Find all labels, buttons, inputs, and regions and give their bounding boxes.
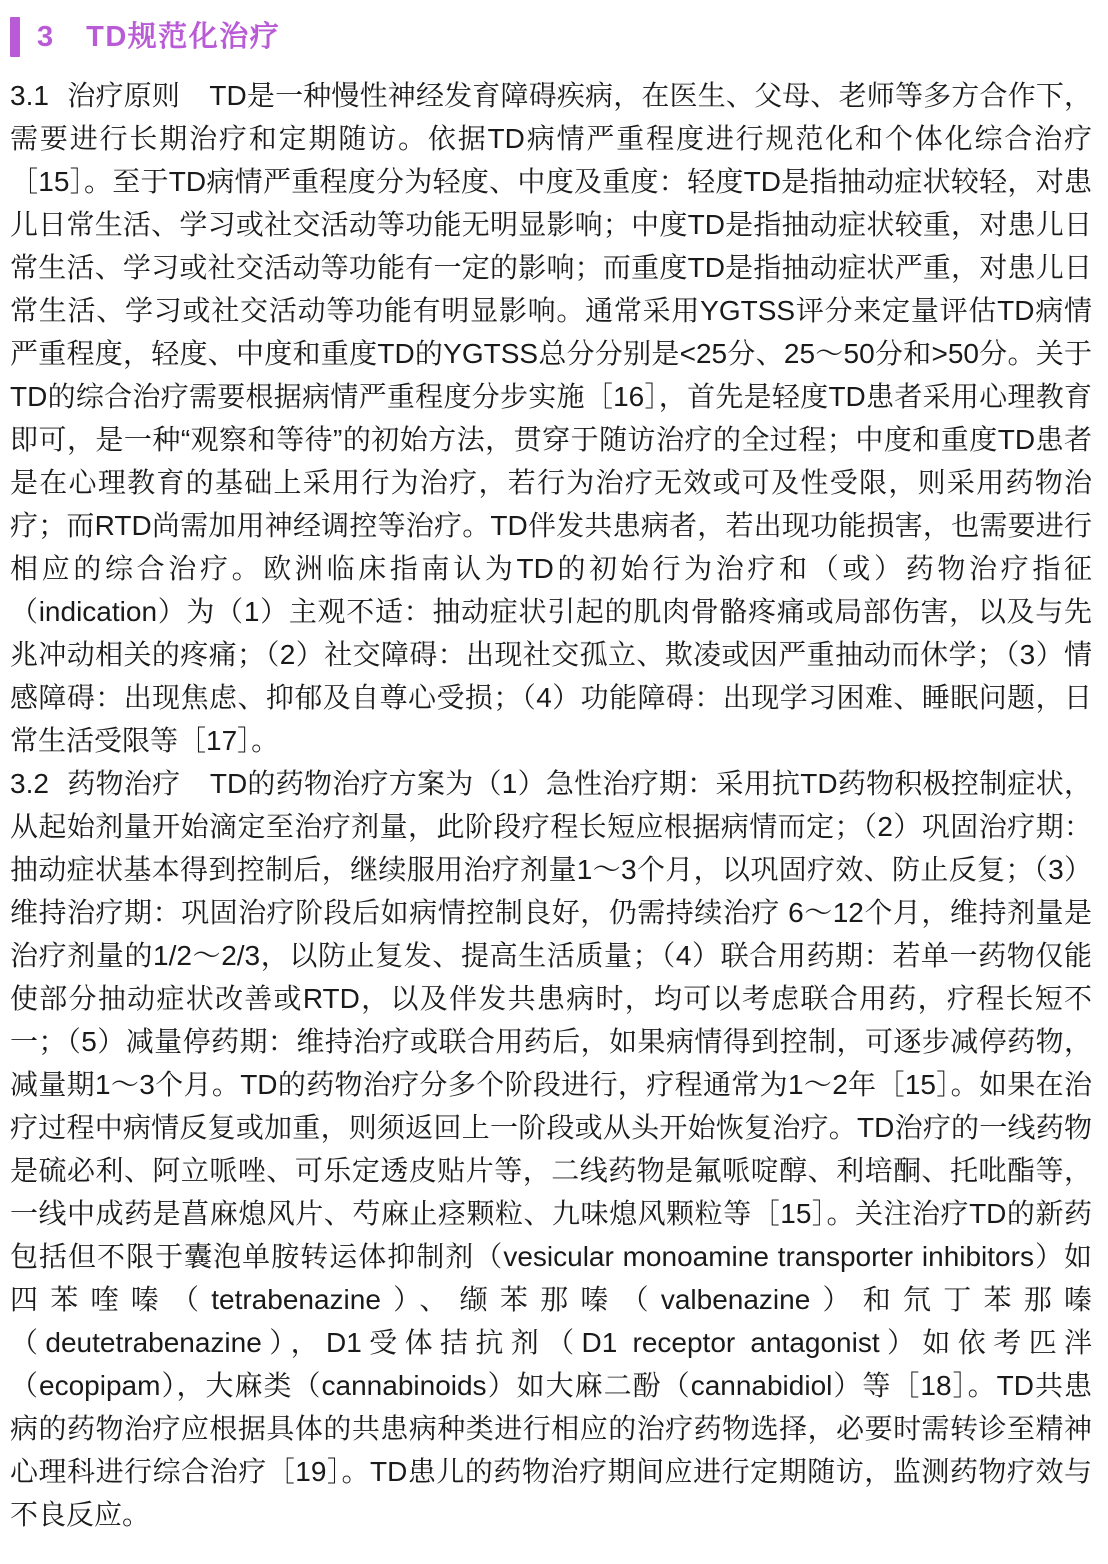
section-accent-bar-icon: [10, 17, 20, 57]
section-header: 3 TD规范化治疗: [10, 16, 1092, 58]
paragraph-treatment-principles: 3.1治疗原则TD是一种慢性神经发育障碍疾病，在医生、父母、老师等多方合作下，需…: [10, 74, 1092, 762]
section-body: 3.1治疗原则TD是一种慢性神经发育障碍疾病，在医生、父母、老师等多方合作下，需…: [10, 74, 1092, 1536]
paragraph-text: TD的药物治疗方案为（1）急性治疗期：采用抗TD药物积极控制症状，从起始剂量开始…: [10, 768, 1092, 1530]
paragraph-number: 3.1: [10, 80, 49, 111]
paragraph-subtitle: 药物治疗: [67, 768, 180, 799]
paragraph-number: 3.2: [10, 768, 49, 799]
paragraph-drug-treatment: 3.2药物治疗TD的药物治疗方案为（1）急性治疗期：采用抗TD药物积极控制症状，…: [10, 762, 1092, 1536]
document-page: 3 TD规范化治疗 3.1治疗原则TD是一种慢性神经发育障碍疾病，在医生、父母、…: [0, 0, 1108, 1564]
section-number: 3: [37, 23, 53, 52]
paragraph-text: TD是一种慢性神经发育障碍疾病，在医生、父母、老师等多方合作下，需要进行长期治疗…: [10, 80, 1092, 756]
section-title: TD规范化治疗: [86, 23, 280, 52]
paragraph-subtitle: 治疗原则: [67, 80, 180, 111]
